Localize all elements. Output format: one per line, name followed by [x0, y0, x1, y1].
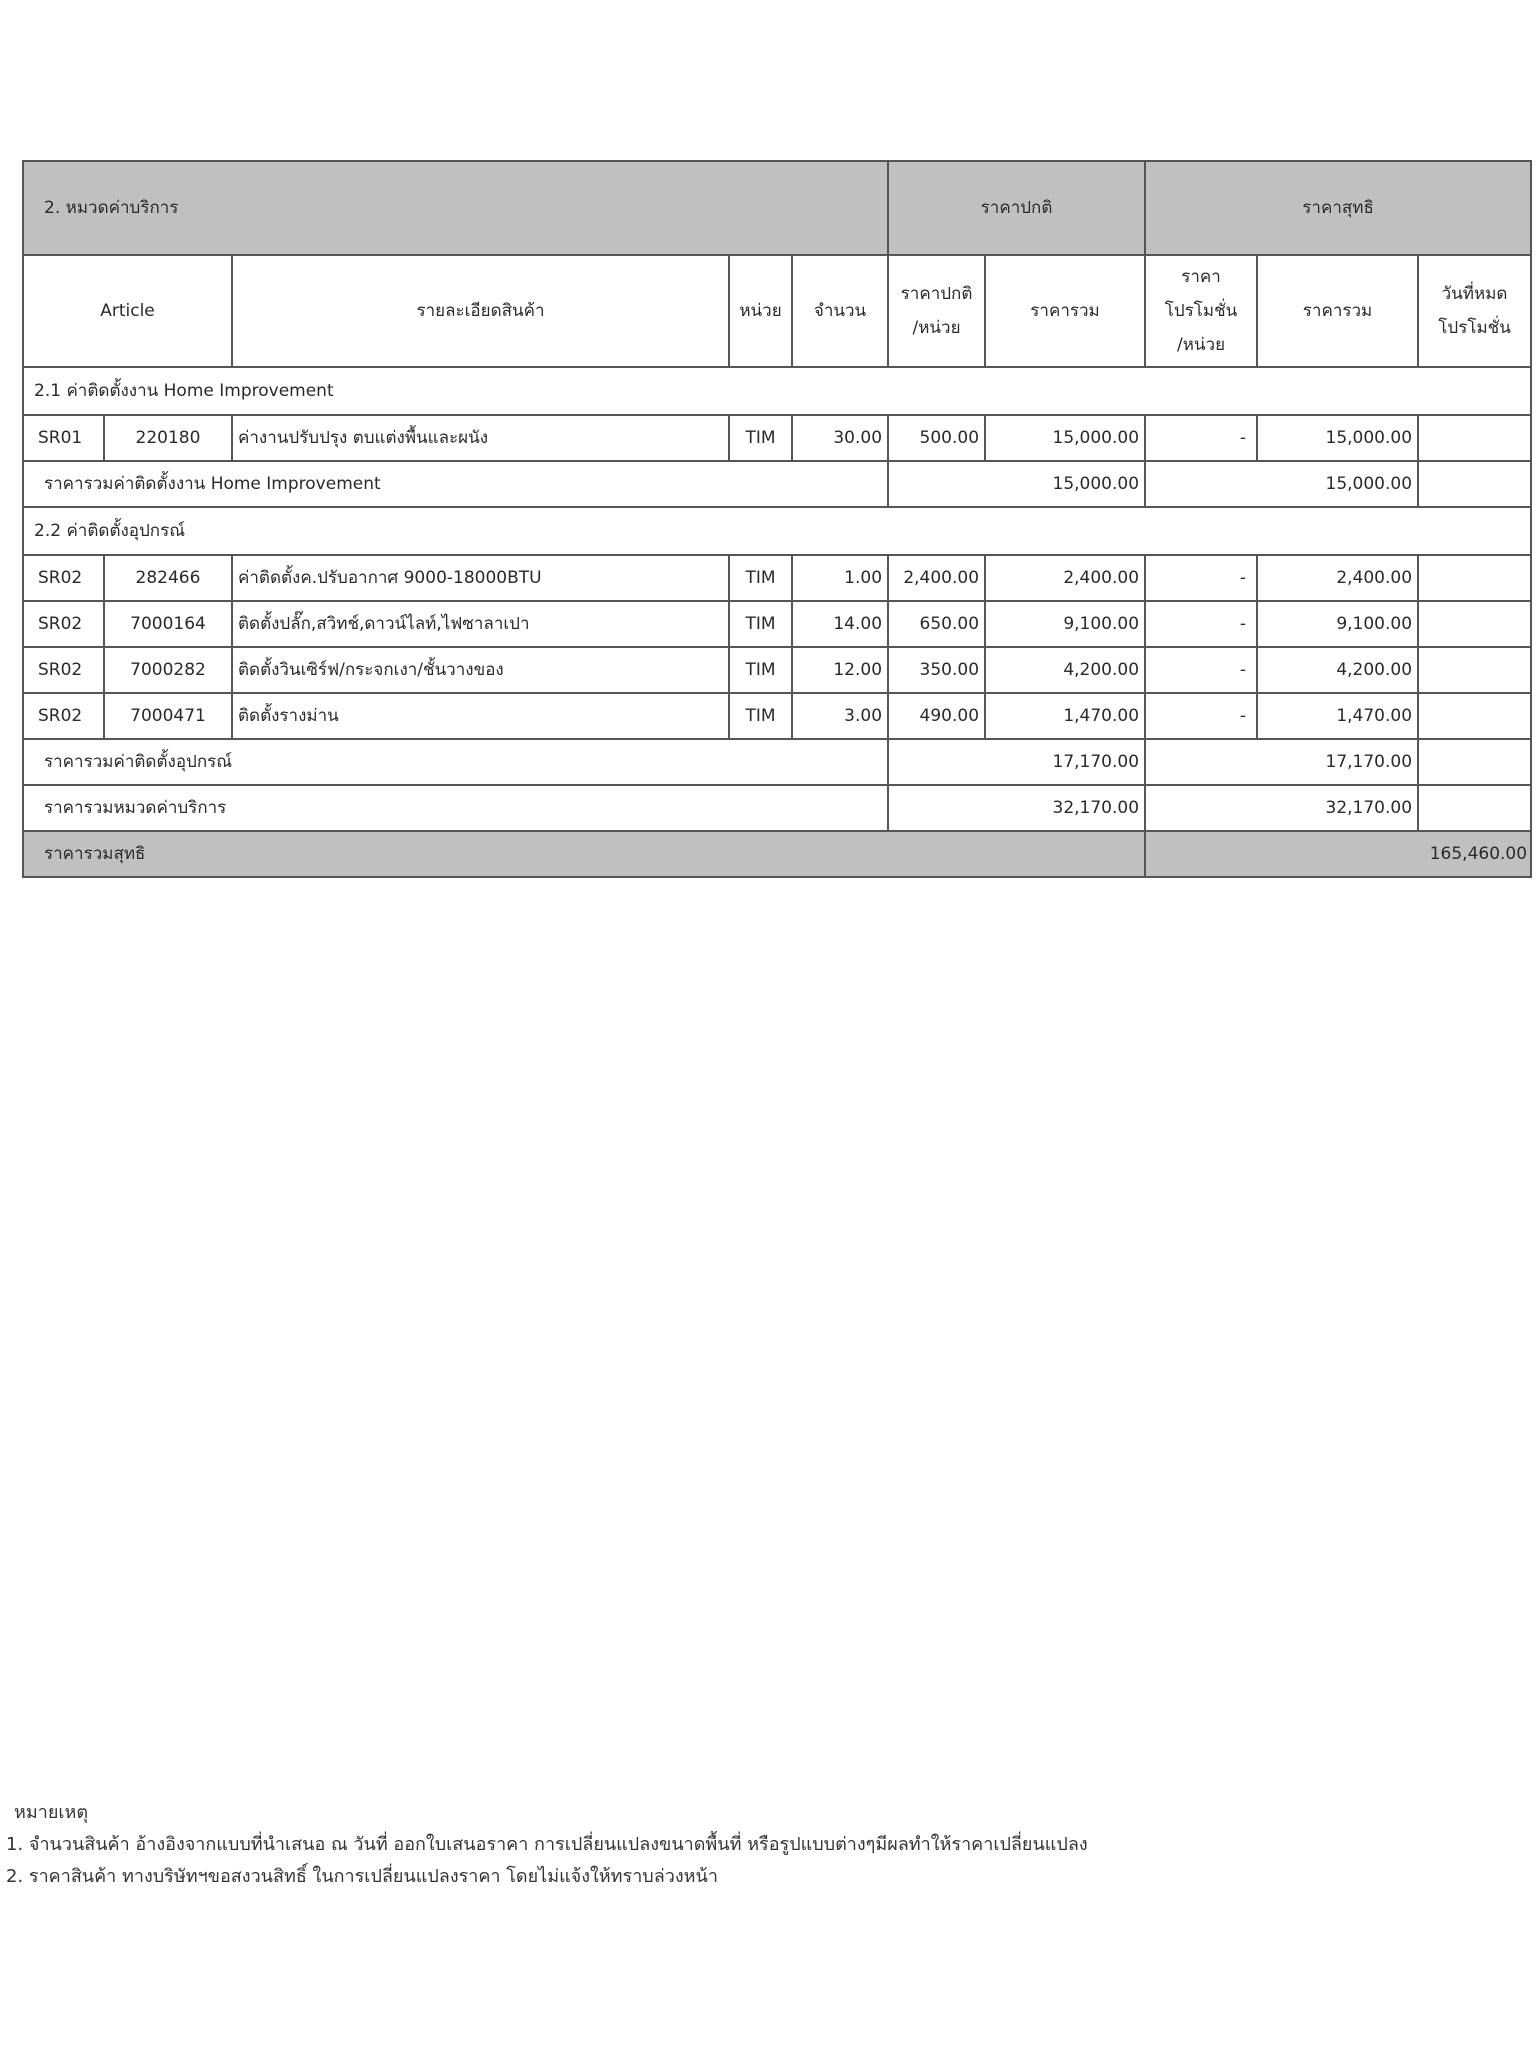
col-article: Article	[23, 255, 232, 367]
item-promo-price: -	[1145, 415, 1257, 461]
item-promo-end	[1418, 555, 1531, 601]
item-qty: 3.00	[792, 693, 888, 739]
item-promo-end	[1418, 415, 1531, 461]
group-subtotal-normal: 15,000.00	[888, 461, 1145, 507]
table-row: SR01220180ค่างานปรับปรุง ตบแต่งพื้นและผน…	[23, 415, 1531, 461]
note-item: 2. ราคาสินค้า ทางบริษัทฯขอสงวนสิทธิ์ ในก…	[6, 1861, 1088, 1893]
item-article: 7000282	[104, 647, 232, 693]
service-quotation-table: 2. หมวดค่าบริการ ราคาปกติ ราคาสุทธิ Arti…	[22, 160, 1532, 878]
group-subtotal-empty	[1418, 461, 1531, 507]
item-total: 9,100.00	[985, 601, 1145, 647]
item-code: SR02	[23, 693, 104, 739]
net-price-group-header: ราคาสุทธิ	[1145, 161, 1531, 255]
col-unit-price-l1: ราคาปกติ	[901, 284, 973, 304]
table-row: SR027000471ติดตั้งรางม่านTIM3.00490.001,…	[23, 693, 1531, 739]
group-subtotal-label: ราคารวมค่าติดตั้งงาน Home Improvement	[23, 461, 888, 507]
item-net-total: 9,100.00	[1257, 601, 1418, 647]
item-description: ติดตั้งวินเซิร์ฟ/กระจกเงา/ชั้นวางของ	[232, 647, 729, 693]
grand-total-value: 165,460.00	[1145, 831, 1531, 877]
notes-section: หมายเหตุ 1. จำนวนสินค้า อ้างอิงจากแบบที่…	[6, 1797, 1088, 1893]
col-promo-l1: ราคา	[1181, 267, 1221, 287]
item-promo-end	[1418, 601, 1531, 647]
item-unit-price: 500.00	[888, 415, 985, 461]
col-promo-end: วันที่หมดโปรโมชั่น	[1418, 255, 1531, 367]
item-total: 1,470.00	[985, 693, 1145, 739]
category-total-label: ราคารวมหมวดค่าบริการ	[23, 785, 888, 831]
table-row: SR02282466ค่าติดตั้งค.ปรับอากาศ 9000-180…	[23, 555, 1531, 601]
category-total-empty	[1418, 785, 1531, 831]
col-unit: หน่วย	[729, 255, 792, 367]
item-code: SR02	[23, 647, 104, 693]
col-promo-price: ราคาโปรโมชั่น/หน่วย	[1145, 255, 1257, 367]
group-subtotal-net: 15,000.00	[1145, 461, 1418, 507]
group-subtotal-normal: 17,170.00	[888, 739, 1145, 785]
item-unit: TIM	[729, 601, 792, 647]
col-description: รายละเอียดสินค้า	[232, 255, 729, 367]
table-row: SR027000282ติดตั้งวินเซิร์ฟ/กระจกเงา/ชั้…	[23, 647, 1531, 693]
col-unit-price: ราคาปกติ/หน่วย	[888, 255, 985, 367]
item-unit: TIM	[729, 555, 792, 601]
group-subtotal-row: ราคารวมค่าติดตั้งงาน Home Improvement15,…	[23, 461, 1531, 507]
grand-total-label: ราคารวมสุทธิ	[23, 831, 1145, 877]
group-title-row: 2.1 ค่าติดตั้งงาน Home Improvement	[23, 367, 1531, 415]
group-title: 2.1 ค่าติดตั้งงาน Home Improvement	[23, 367, 1531, 415]
item-promo-price: -	[1145, 693, 1257, 739]
item-promo-price: -	[1145, 555, 1257, 601]
item-promo-end	[1418, 693, 1531, 739]
item-article: 220180	[104, 415, 232, 461]
item-unit-price: 350.00	[888, 647, 985, 693]
item-net-total: 15,000.00	[1257, 415, 1418, 461]
section-header-row: 2. หมวดค่าบริการ ราคาปกติ ราคาสุทธิ	[23, 161, 1531, 255]
item-unit-price: 2,400.00	[888, 555, 985, 601]
category-total-row: ราคารวมหมวดค่าบริการ32,170.0032,170.00	[23, 785, 1531, 831]
item-total: 15,000.00	[985, 415, 1145, 461]
item-description: ค่าติดตั้งค.ปรับอากาศ 9000-18000BTU	[232, 555, 729, 601]
item-qty: 1.00	[792, 555, 888, 601]
item-qty: 14.00	[792, 601, 888, 647]
group-subtotal-label: ราคารวมค่าติดตั้งอุปกรณ์	[23, 739, 888, 785]
item-promo-end	[1418, 647, 1531, 693]
notes-title: หมายเหตุ	[6, 1797, 1088, 1829]
item-unit: TIM	[729, 693, 792, 739]
item-promo-price: -	[1145, 601, 1257, 647]
item-code: SR01	[23, 415, 104, 461]
col-total-net: ราคารวม	[1257, 255, 1418, 367]
col-total-normal: ราคารวม	[985, 255, 1145, 367]
grand-total-row: ราคารวมสุทธิ165,460.00	[23, 831, 1531, 877]
item-article: 7000164	[104, 601, 232, 647]
col-promo-end-l2: โปรโมชั่น	[1438, 318, 1511, 338]
item-promo-price: -	[1145, 647, 1257, 693]
section-title: 2. หมวดค่าบริการ	[23, 161, 888, 255]
table-row: SR027000164ติดตั้งปลั๊ก,สวิทช์,ดาวน์ไลท์…	[23, 601, 1531, 647]
item-qty: 12.00	[792, 647, 888, 693]
group-title: 2.2 ค่าติดตั้งอุปกรณ์	[23, 507, 1531, 555]
group-subtotal-empty	[1418, 739, 1531, 785]
item-article: 282466	[104, 555, 232, 601]
item-qty: 30.00	[792, 415, 888, 461]
category-total-net: 32,170.00	[1145, 785, 1418, 831]
item-description: ติดตั้งรางม่าน	[232, 693, 729, 739]
item-net-total: 2,400.00	[1257, 555, 1418, 601]
col-unit-price-l2: /หน่วย	[913, 318, 961, 338]
item-article: 7000471	[104, 693, 232, 739]
group-subtotal-row: ราคารวมค่าติดตั้งอุปกรณ์17,170.0017,170.…	[23, 739, 1531, 785]
group-subtotal-net: 17,170.00	[1145, 739, 1418, 785]
column-header-row: Article รายละเอียดสินค้า หน่วย จำนวน ราค…	[23, 255, 1531, 367]
item-code: SR02	[23, 601, 104, 647]
item-net-total: 1,470.00	[1257, 693, 1418, 739]
item-total: 2,400.00	[985, 555, 1145, 601]
item-unit: TIM	[729, 415, 792, 461]
group-title-row: 2.2 ค่าติดตั้งอุปกรณ์	[23, 507, 1531, 555]
item-unit-price: 490.00	[888, 693, 985, 739]
item-description: ค่างานปรับปรุง ตบแต่งพื้นและผนัง	[232, 415, 729, 461]
category-total-normal: 32,170.00	[888, 785, 1145, 831]
item-code: SR02	[23, 555, 104, 601]
item-description: ติดตั้งปลั๊ก,สวิทช์,ดาวน์ไลท์,ไฟซาลาเปา	[232, 601, 729, 647]
col-promo-l2: โปรโมชั่น	[1165, 301, 1238, 321]
col-promo-l3: /หน่วย	[1177, 335, 1225, 355]
normal-price-group-header: ราคาปกติ	[888, 161, 1145, 255]
item-unit-price: 650.00	[888, 601, 985, 647]
note-item: 1. จำนวนสินค้า อ้างอิงจากแบบที่นำเสนอ ณ …	[6, 1829, 1088, 1861]
item-total: 4,200.00	[985, 647, 1145, 693]
item-unit: TIM	[729, 647, 792, 693]
item-net-total: 4,200.00	[1257, 647, 1418, 693]
col-qty: จำนวน	[792, 255, 888, 367]
col-promo-end-l1: วันที่หมด	[1442, 284, 1508, 304]
